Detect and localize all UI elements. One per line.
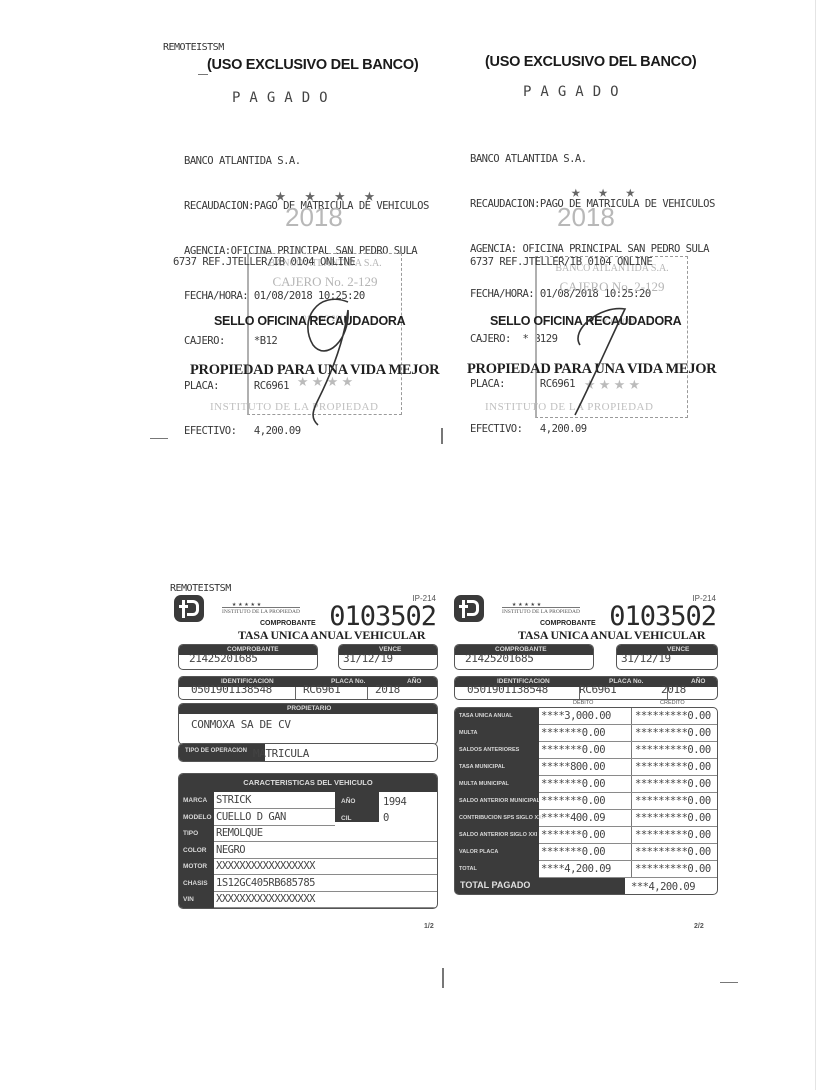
paid-status: PAGADO	[232, 90, 337, 106]
stamp-stars-icon: ★ ★ ★	[571, 182, 639, 201]
vehicle-anio-label: AÑO	[341, 798, 355, 805]
anio-value: 2018	[375, 683, 400, 696]
doc-type: COMPROBANTE	[260, 620, 316, 627]
charge-label: VALOR PLACA	[459, 849, 498, 855]
charge-label: SALDO ANTERIOR SIGLO XXI	[459, 832, 537, 838]
paid-status: PAGADO	[523, 84, 628, 100]
institute-name: INSTITUTO DE LA PROPIEDAD	[222, 607, 300, 615]
vehicle-field-value: STRICK	[216, 794, 251, 806]
vehicle-anio-value: 1994	[383, 796, 406, 808]
charge-credit: *********0.00	[635, 863, 711, 875]
propietario-value: CONMOXA SA DE CV	[191, 718, 291, 731]
tax-form-page-1: REMOTEISTSM ★★★★★ INSTITUTO DE LA PROPIE…	[170, 583, 440, 943]
vehicle-cil-label: CIL	[341, 815, 351, 822]
charge-credit: *********0.00	[635, 795, 711, 807]
stamp-cashier: CAJERO No. 2-129	[255, 274, 395, 290]
comprobante-value: 21425201685	[189, 652, 257, 665]
transaction-reference: 6737 REF.JTELLER/IB 0104 ONLINE	[173, 256, 355, 268]
charge-label: TOTAL	[459, 866, 477, 872]
vence-box: VENCE 31/12/19	[616, 644, 718, 670]
charge-debit: *******0.00	[541, 829, 605, 841]
bank-use-title: (USO EXCLUSIVO DEL BANCO)	[207, 57, 418, 73]
vehicle-field-label: COLOR	[183, 847, 206, 854]
charge-credit: *********0.00	[635, 710, 711, 722]
bank-receipt-2: (USO EXCLUSIVO DEL BANCO) PAGADO BANCO A…	[465, 40, 755, 440]
institute-logo-icon	[174, 595, 204, 622]
charge-label: MULTA	[459, 730, 477, 736]
charge-label: SALDOS ANTERIORES	[459, 747, 519, 753]
charge-label: MULTA MUNICIPAL	[459, 781, 509, 787]
scan-mark	[150, 438, 168, 439]
debito-label: DÉBITO	[573, 700, 593, 706]
vence-box: VENCE 31/12/19	[338, 644, 438, 670]
charge-credit: *********0.00	[635, 829, 711, 841]
institute-logo-icon	[454, 595, 484, 622]
doc-type: COMPROBANTE	[540, 620, 596, 627]
bank-use-title: (USO EXCLUSIVO DEL BANCO)	[485, 54, 696, 70]
charge-debit: *****800.00	[541, 761, 605, 773]
charges-panel: TASA UNICA ANUAL****3,000.00*********0.0…	[454, 707, 718, 895]
credito-label: CRÉDITO	[660, 700, 685, 706]
form-title: TASA UNICA ANUAL VEHICULAR	[518, 628, 705, 643]
page-number: 1/2	[424, 923, 434, 930]
scan-mark	[720, 982, 738, 983]
charge-debit: ****4,200.09	[541, 863, 611, 875]
operation-type-box: TIPO DE OPERACION MATRICULA	[178, 743, 438, 762]
placa-value: RC6961	[579, 683, 616, 696]
comprobante-value: 21425201685	[465, 652, 533, 665]
identificacion-value: 0501901138548	[467, 683, 548, 696]
vehicle-field-label: MARCA	[183, 797, 207, 804]
bank-name: BANCO ATLANTIDA S.A.	[470, 152, 715, 167]
charge-debit: *****400.09	[541, 812, 605, 824]
vence-value: 31/12/19	[621, 652, 671, 665]
form-header-code: REMOTEISTSM	[170, 583, 231, 594]
vehicle-field-label: CHASIS	[183, 880, 208, 887]
anio-label: AÑO	[407, 678, 421, 685]
charge-debit: *******0.00	[541, 846, 605, 858]
bank-name: BANCO ATLANTIDA S.A.	[184, 154, 429, 169]
stamp-year: 2018	[557, 202, 615, 233]
bank-receipt-1: REMOTEISTSM (USO EXCLUSIVO DEL BANCO) PA…	[163, 40, 453, 440]
stamp-year: 2018	[285, 202, 343, 233]
vehicle-field-label: VIN	[183, 896, 194, 903]
charge-debit: *******0.00	[541, 795, 605, 807]
vence-value: 31/12/19	[343, 652, 393, 665]
owner-box: PROPIETARIO CONMOXA SA DE CV	[178, 703, 438, 745]
charge-label: CONTRIBUCION SPS SIGLO XXI	[459, 815, 543, 821]
tax-form-page-2: ★★★★★ INSTITUTO DE LA PROPIEDAD IP-214 0…	[450, 583, 720, 943]
signature-mark	[560, 295, 640, 425]
charge-debit: *******0.00	[541, 727, 605, 739]
transaction-reference: 6737 REF.JTELLER/IB 0104 ONLINE	[470, 256, 652, 268]
comprobante-box: COMPROBANTE 21425201685	[454, 644, 594, 670]
charge-label: TASA MUNICIPAL	[459, 764, 505, 770]
tipo-operacion-label: TIPO DE OPERACION	[185, 748, 247, 754]
identificacion-value: 0501901138548	[191, 683, 272, 696]
charge-label: TASA UNICA ANUAL	[459, 713, 513, 719]
charge-debit: *******0.00	[541, 778, 605, 790]
receipt-header-code: REMOTEISTSM	[163, 42, 224, 53]
vehicle-field-value: NEGRO	[216, 844, 245, 856]
anio-value: 2018	[661, 683, 686, 696]
total-paid-label: TOTAL PAGADO	[460, 880, 530, 890]
charge-debit: ****3,000.00	[541, 710, 611, 722]
scan-mark	[441, 428, 443, 444]
vehicle-cil-value: 0	[383, 812, 389, 824]
charge-label: SALDO ANTERIOR MUNICIPAL	[459, 798, 540, 804]
vehicle-characteristics-panel: CARACTERISTICAS DEL VEHICULO MARCASTRICK…	[178, 773, 438, 909]
comprobante-box: COMPROBANTE 21425201685	[178, 644, 318, 670]
vehicle-field-value: XXXXXXXXXXXXXXXXX	[216, 860, 315, 872]
vehicle-field-label: MOTOR	[183, 863, 207, 870]
vehicle-field-value: XXXXXXXXXXXXXXXXX	[216, 893, 315, 905]
identification-box: IDENTIFICACIONPLACA No.AÑO 0501901138548…	[178, 676, 438, 700]
charge-credit: *********0.00	[635, 812, 711, 824]
form-title: TASA UNICA ANUAL VEHICULAR	[238, 628, 425, 643]
total-paid-value: ***4,200.09	[631, 881, 695, 893]
tipo-operacion-value: MATRICULA	[253, 747, 309, 760]
vehicle-field-label: MODELO	[183, 814, 212, 821]
vehicle-field-value: 1S12GC405RB685785	[216, 877, 315, 889]
charge-credit: *********0.00	[635, 778, 711, 790]
scan-mark	[198, 74, 208, 75]
anio-label: AÑO	[691, 678, 705, 685]
vehicle-field-value: CUELLO D GAN	[216, 811, 286, 823]
vehicle-title: CARACTERISTICAS DEL VEHICULO	[179, 774, 437, 792]
charge-credit: *********0.00	[635, 846, 711, 858]
page-number: 2/2	[694, 923, 704, 930]
charge-debit: *******0.00	[541, 744, 605, 756]
charge-credit: *********0.00	[635, 727, 711, 739]
stamp-cashier: CAJERO No. 2-129	[543, 279, 681, 295]
institute-name: INSTITUTO DE LA PROPIEDAD	[502, 607, 580, 615]
identification-box: IDENTIFICACIONPLACA No.AÑO 0501901138548…	[454, 676, 718, 700]
vehicle-row	[214, 842, 437, 859]
signature-mark	[278, 290, 368, 430]
charge-credit: *********0.00	[635, 761, 711, 773]
scan-mark	[442, 968, 444, 988]
placa-value: RC6961	[303, 683, 340, 696]
charge-credit: *********0.00	[635, 744, 711, 756]
propietario-label: PROPIETARIO	[287, 705, 331, 712]
agency: AGENCIA: OFICINA PRINCIPAL SAN PEDRO SUL…	[470, 242, 715, 257]
vehicle-field-label: TIPO	[183, 830, 198, 837]
vehicle-field-value: REMOLQUE	[216, 827, 263, 839]
